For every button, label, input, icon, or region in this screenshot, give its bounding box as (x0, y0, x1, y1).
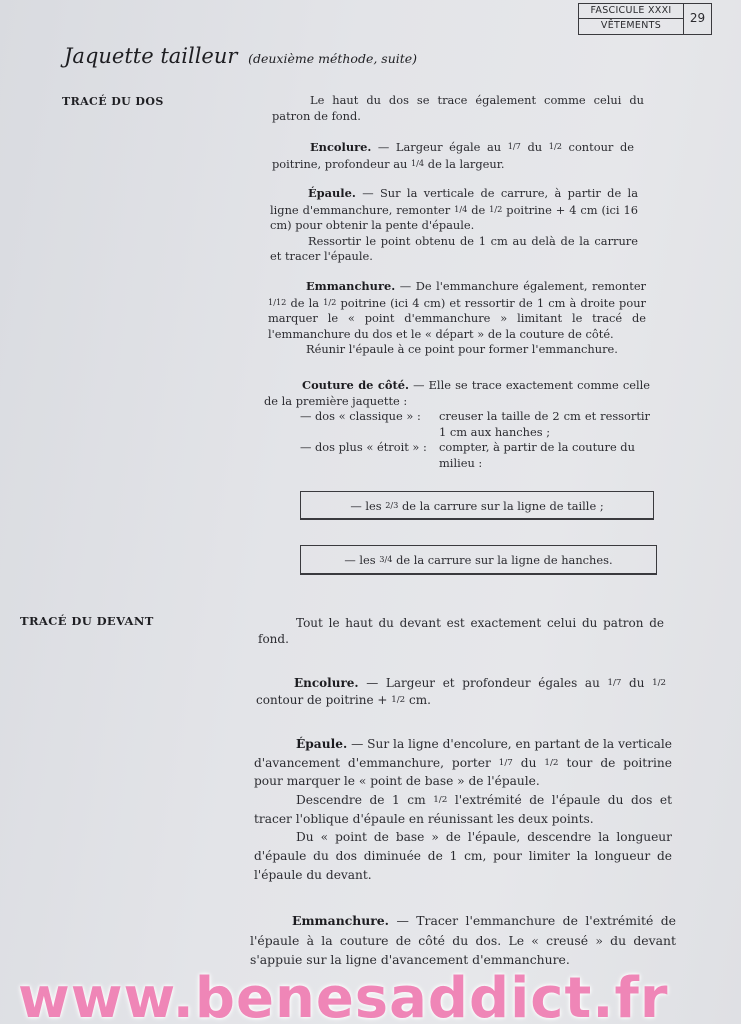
dos-couture-label: Couture de côté. (302, 378, 409, 392)
fraction: 1/7 (607, 678, 621, 688)
text: de la (286, 296, 323, 310)
fraction: 1/2 (391, 695, 405, 705)
page-title: Jaquette tailleur (deuxième méthode, sui… (64, 44, 417, 68)
fraction: 2/3 (385, 500, 398, 510)
text: cm. (405, 693, 431, 707)
title-main: Jaquette tailleur (64, 44, 237, 68)
trace-devant-intro: Tout le haut du devant est exactement ce… (258, 615, 664, 648)
section-heading-trace-dos: TRACÉ DU DOS (62, 95, 164, 108)
text: de la carrure sur la ligne de taille ; (398, 499, 603, 513)
text: du (621, 676, 652, 690)
fraction: 1/12 (268, 297, 286, 307)
fraction: 1/2 (323, 297, 336, 307)
dos-couture-block: Couture de côté. — Elle se trace exactem… (264, 378, 650, 472)
title-subtitle: (deuxième méthode, suite) (248, 51, 417, 66)
dos-epaule-block: Épaule. — Sur la verticale de carrure, à… (270, 186, 638, 265)
dos-encolure-paragraph: Encolure. — Largeur égale au 1/7 du 1/2 … (272, 139, 634, 172)
trace-dos-intro: Le haut du dos se trace également comme … (272, 93, 644, 124)
devant-epaule-paragraph-2: Descendre de 1 cm 1/2 l'extrémité de l'é… (254, 791, 672, 828)
devant-emmanchure-label: Emmanchure. (292, 913, 389, 928)
text: de la largeur. (424, 157, 504, 171)
fascicule-labels: FASCICULE XXXI VÊTEMENTS (579, 4, 684, 34)
dos-emmanchure-label: Emmanchure. (306, 279, 395, 293)
fascicule-header-box: FASCICULE XXXI VÊTEMENTS 29 (578, 3, 712, 35)
item-label: — dos « classique » : (300, 409, 439, 440)
dos-epaule-paragraph-2: Ressortir le point obtenu de 1 cm au del… (270, 234, 638, 265)
devant-epaule-label: Épaule. (296, 737, 347, 751)
dos-encolure-label: Encolure. (310, 140, 371, 154)
text: du (513, 756, 545, 770)
fraction: 1/7 (499, 758, 513, 768)
dos-epaule-paragraph: Épaule. — Sur la verticale de carrure, à… (270, 186, 638, 234)
devant-encolure-label: Encolure. (294, 676, 359, 690)
fraction: 1/4 (454, 204, 467, 214)
text: de la carrure sur la ligne de hanches. (392, 553, 612, 567)
fraction: 3/4 (379, 554, 392, 564)
text: — les (344, 553, 379, 567)
dos-epaule-label: Épaule. (308, 186, 356, 200)
fraction: 1/2 (489, 204, 502, 214)
devant-epaule-block: Épaule. — Sur la ligne d'encolure, en pa… (254, 735, 672, 884)
page-number: 29 (684, 4, 711, 34)
fascicule-label: FASCICULE XXXI (579, 4, 683, 19)
text: du (521, 140, 549, 154)
boxed-rule-taille: — les 2/3 de la carrure sur la ligne de … (300, 491, 654, 520)
item-text: compter, à partir de la couture du milie… (439, 440, 650, 471)
devant-epaule-paragraph-3: Du « point de base » de l'épaule, descen… (254, 828, 672, 884)
section-heading-trace-devant: TRACÉ DU DEVANT (20, 614, 154, 628)
dos-emmanchure-paragraph-2: Réunir l'épaule à ce point pour former l… (268, 342, 646, 358)
text: — les (350, 499, 385, 513)
devant-epaule-paragraph: Épaule. — Sur la ligne d'encolure, en pa… (254, 735, 672, 791)
text: Descendre de 1 cm (296, 793, 433, 807)
fraction: 1/2 (652, 678, 666, 688)
text: contour de poitrine + (256, 693, 391, 707)
devant-emmanchure-paragraph: Emmanchure. — Tracer l'emmanchure de l'e… (250, 911, 676, 970)
text: de (467, 203, 489, 217)
text: — Largeur et profondeur égales au (359, 676, 608, 690)
boxed-rule-hanches: — les 3/4 de la carrure sur la ligne de … (300, 545, 657, 575)
fraction: 1/2 (549, 141, 562, 151)
fraction: 1/2 (433, 795, 447, 805)
text: — Largeur égale au (371, 140, 507, 154)
item-text: creuser la taille de 2 cm et ressortir 1… (439, 409, 650, 440)
bleed-through-text (40, 395, 270, 409)
watermark-url: www.benesaddict.fr (18, 966, 669, 1024)
fraction: 1/7 (508, 141, 521, 151)
fraction: 1/4 (411, 158, 424, 168)
couture-item-etroit: — dos plus « étroit » : compter, à parti… (264, 440, 650, 471)
dos-couture-paragraph: Couture de côté. — Elle se trace exactem… (264, 378, 650, 409)
dos-emmanchure-block: Emmanchure. — De l'emmanchure également,… (268, 279, 646, 358)
section-label: VÊTEMENTS (579, 19, 683, 34)
devant-encolure-paragraph: Encolure. — Largeur et profondeur égales… (256, 675, 666, 709)
dos-emmanchure-paragraph: Emmanchure. — De l'emmanchure également,… (268, 279, 646, 342)
text: — De l'emmanchure également, remonter (395, 279, 646, 293)
item-label: — dos plus « étroit » : (300, 440, 439, 471)
fraction: 1/2 (544, 758, 558, 768)
couture-item-classique: — dos « classique » : creuser la taille … (264, 409, 650, 440)
